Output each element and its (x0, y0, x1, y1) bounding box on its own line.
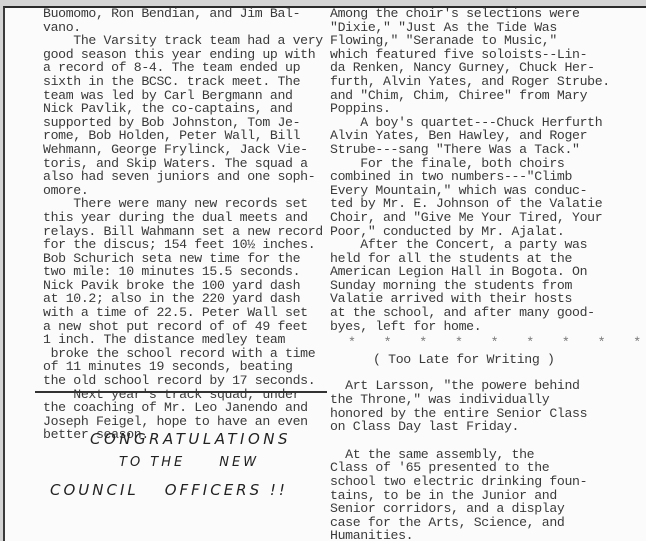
text-line: Joseph Feigel, hope to have an even (43, 415, 333, 429)
text-line: on Class Day last Friday. (330, 420, 620, 434)
text-line: a new shot put record of of 49 feet (43, 320, 333, 334)
text-line: combined in two numbers---"Climb (330, 170, 620, 184)
text-line: Poppins. (330, 102, 620, 116)
text-line: Bob Schurich seta new time for the (43, 252, 333, 266)
paragraph-class-gift: At the same assembly, theClass of '65 pr… (330, 448, 620, 541)
text-line: Nick Pavik broke the 100 yard dash (43, 279, 333, 293)
right-column-text: Among the choir's selections were"Dixie,… (330, 7, 620, 333)
text-line: a record of 8-4. The team ended up (43, 61, 333, 75)
text-line: American Legion Hall in Bogota. On (330, 265, 620, 279)
text-line: of 11 minutes 19 seconds, beating (43, 360, 333, 374)
text-line: two mile: 10 minutes 15.5 seconds. (43, 265, 333, 279)
text-line: relays. Bill Wahmann set a new record (43, 225, 333, 239)
text-line: After the Concert, a party was (330, 238, 620, 252)
text-line: the Throne," was individually (330, 393, 620, 407)
handwritten-congratulations: CONGRATULATIONS (90, 430, 291, 448)
section-separator-stars: * * * * * * * * * * (330, 336, 620, 350)
text-line: Humanities. (330, 529, 620, 541)
text-line: supported by Bob Johnston, Tom Je- (43, 116, 333, 130)
text-line: toris, and Skip Waters. The squad a (43, 157, 333, 171)
right-column: Among the choir's selections were"Dixie,… (330, 7, 620, 541)
text-line: Valatie arrived with their hosts (330, 292, 620, 306)
text-line: the old school record by 17 seconds. (43, 374, 333, 388)
text-line: Flowing," "Seranade to Music," (330, 34, 620, 48)
text-line: sixth in the BCSC. track meet. The (43, 75, 333, 89)
text-line: broke the school record with a time (43, 347, 333, 361)
text-line: ted by Mr. E. Johnson of the Valatie (330, 197, 620, 211)
text-line: honored by the entire Senior Class (330, 407, 620, 421)
text-line: Nick Pavlik, the co-captains, and (43, 102, 333, 116)
text-line: this year during the dual meets and (43, 211, 333, 225)
handwritten-new: NEW (219, 455, 259, 470)
text-line: furth, Alvin Yates, and Roger Strube. (330, 75, 620, 89)
text-line: Next year's track squad, under (43, 388, 333, 402)
text-line: Wehmann, George Frylinck, Jack Vie- (43, 143, 333, 157)
text-line: Alvin Yates, Ben Hawley, and Roger (330, 129, 620, 143)
handwritten-officers: OFFICERS !! (165, 481, 288, 499)
text-line: Art Larsson, "the powere behind (330, 379, 620, 393)
handwritten-council-officers: COUNCILOFFICERS !! (50, 481, 288, 499)
text-line: byes, left for home. (330, 320, 620, 334)
text-line: Senior corridors, and a display (330, 502, 620, 516)
text-line: Strube---sang "There Was a Tack." (330, 143, 620, 157)
text-line: rome, Bob Holden, Peter Wall, Bill (43, 129, 333, 143)
text-line: Class of '65 presented to the (330, 461, 620, 475)
text-line: at the school, and after many good- (330, 306, 620, 320)
text-line: Sunday morning the students from (330, 279, 620, 293)
text-line: and "Chim, Chim, Chiree" from Mary (330, 89, 620, 103)
text-line: for the discus; 154 feet 10½ inches. (43, 238, 333, 252)
left-column: Buomomo, Ron Bendian, and Jim Bal-vano. … (43, 7, 333, 442)
text-line: vano. (43, 21, 333, 35)
text-line: held for all the students at the (330, 252, 620, 266)
column-divider-line (35, 391, 327, 393)
text-line: At the same assembly, the (330, 448, 620, 462)
text-line: Choir, and "Give Me Your Tired, Your (330, 211, 620, 225)
text-line: Every Mountain," which was conduc- (330, 184, 620, 198)
text-line: Among the choir's selections were (330, 7, 620, 21)
text-line: team was led by Carl Bergmann and (43, 89, 333, 103)
text-line: also had seven juniors and one soph- (43, 170, 333, 184)
section-heading: ( Too Late for Writing ) (330, 353, 620, 367)
text-line: For the finale, both choirs (330, 157, 620, 171)
text-line: 1 inch. The distance medley team (43, 333, 333, 347)
text-line: omore. (43, 184, 333, 198)
text-line: tains, to be in the Junior and (330, 489, 620, 503)
newsletter-page: Buomomo, Ron Bendian, and Jim Bal-vano. … (3, 6, 646, 541)
text-line: Poor," conducted by Mr. Ajalat. (330, 225, 620, 239)
text-line: case for the Arts, Science, and (330, 516, 620, 530)
text-line: A boy's quartet---Chuck Herfurth (330, 116, 620, 130)
handwritten-to-the: TO THE (119, 455, 185, 470)
text-line: which featured five soloists--Lin- (330, 48, 620, 62)
text-line: da Renken, Nancy Gurney, Chuck Her- (330, 61, 620, 75)
paragraph-art-larsson: Art Larsson, "the powere behindthe Thron… (330, 379, 620, 433)
text-line: "Dixie," "Just As the Tide Was (330, 21, 620, 35)
handwritten-to-the-new: TO THENEW (119, 455, 259, 470)
text-line: school two electric drinking foun- (330, 475, 620, 489)
left-column-text: Buomomo, Ron Bendian, and Jim Bal-vano. … (43, 7, 333, 442)
text-line: good season this year ending up with (43, 48, 333, 62)
text-line: with a time of 22.5. Peter Wall set (43, 306, 333, 320)
text-line: There were many new records set (43, 197, 333, 211)
handwritten-council: COUNCIL (50, 481, 139, 499)
text-line: The Varsity track team had a very (43, 34, 333, 48)
text-line: the coaching of Mr. Leo Janendo and (43, 401, 333, 415)
text-line: at 10.2; also in the 220 yard dash (43, 292, 333, 306)
text-line: Buomomo, Ron Bendian, and Jim Bal- (43, 7, 333, 21)
